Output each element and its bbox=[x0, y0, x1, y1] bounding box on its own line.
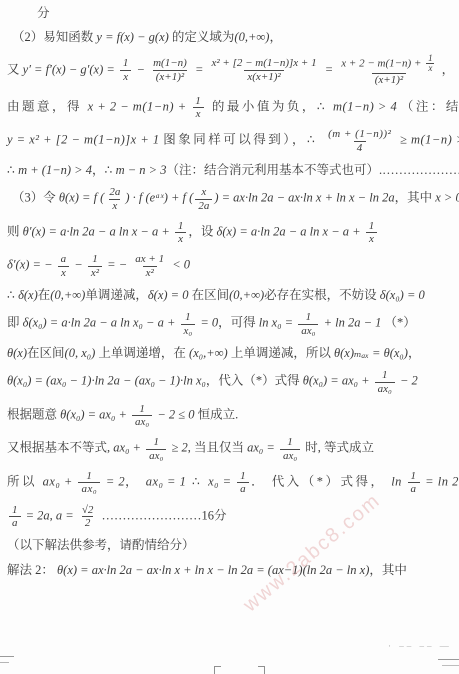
fraction: 1ax₀ bbox=[146, 436, 166, 462]
amgm-ineq: 又根据基本不等式, ax₀ + 1ax₀ ≥ 2, 当且仅当 ax₀ = 1ax… bbox=[7, 436, 457, 462]
scan-artifact-bracket-right bbox=[258, 666, 265, 674]
fraction: 1x bbox=[426, 54, 435, 74]
scan-artifact-left-bar2 bbox=[0, 662, 9, 663]
fraction: m(1−n)(x+1)² bbox=[150, 57, 190, 83]
theta-derivative: 则 θ′(x) = a·ln 2a − a ln x − a + 1x，设 δ(… bbox=[7, 220, 457, 246]
scan-artifact-right-bar bbox=[438, 659, 459, 660]
fraction: 1x bbox=[175, 220, 187, 246]
fraction: ax + 1x² bbox=[132, 253, 167, 279]
solve-x0: 所以 ax₀ + 1ax₀ = 2， ax₀ = 1 ∴ x₀ = 1a． 代入… bbox=[7, 470, 457, 496]
document-body: 分（2）易知函数 y = f(x) − g(x) 的定义域为(0,+∞)，又 y… bbox=[7, 5, 457, 578]
fraction: 1x² bbox=[88, 253, 102, 279]
fraction: 1ax₀ bbox=[78, 470, 100, 496]
fraction: 1x bbox=[120, 57, 132, 83]
step3-theta-def: （3）令 θ(x) = f (2ax) · f (eᵃˣ) + f (x2a) … bbox=[7, 186, 457, 212]
document-page: 分（2）易知函数 y = f(x) − g(x) 的定义域为(0,+∞)，又 y… bbox=[0, 0, 459, 674]
fraction: √22 bbox=[79, 504, 97, 530]
fraction: 1a bbox=[9, 504, 21, 530]
fraction: 2ax bbox=[106, 186, 123, 212]
final-answer-16pts: 1a = 2a, a = √22 ……………………16分 bbox=[7, 504, 457, 530]
fraction: 1x bbox=[366, 220, 378, 246]
delta-root-eq: 即 δ(x₀) = a·ln 2a − a ln x₀ − a + 1x₀ = … bbox=[7, 311, 457, 337]
conclusion-9pts: ∴ m + (1−n) > 4，∴ m − n > 3（注：结合消元利用基本不等… bbox=[7, 162, 457, 178]
note-graph: y = x² + [2 − m(1−n)]x + 1 图象同样可以得到），∴ (… bbox=[7, 128, 457, 154]
scan-artifact-left-bar bbox=[0, 656, 14, 657]
fraction: 1a bbox=[408, 470, 420, 496]
fraction: 1ax₀ bbox=[280, 436, 300, 462]
derivative-eq: 又 y′ = f′(x) − g′(x) = 1x − m(1−n)(x+1)²… bbox=[7, 54, 457, 87]
fraction: (m + (1−n))²4 bbox=[325, 128, 394, 154]
fraction: x² + [2 − m(1−n)]x + 1x(x+1)² bbox=[209, 57, 320, 83]
fraction: 1ax₀ bbox=[132, 403, 152, 429]
fraction: 1a bbox=[237, 470, 249, 496]
fraction: x2a bbox=[195, 186, 212, 212]
theta-x0-ineq: 根据题意 θ(x₀) = ax₀ + 1ax₀ − 2 ≤ 0 恒成立. bbox=[7, 403, 457, 429]
theta-x0-expr: θ(x₀) = (ax₀ − 1)·ln 2a − (ax₀ − 1)·ln x… bbox=[7, 369, 457, 395]
fraction: 1x₀ bbox=[181, 311, 196, 337]
scan-artifact-bracket-left bbox=[214, 666, 221, 674]
note-alt-solutions: （以下解法供参考，请酌情给分） bbox=[7, 537, 457, 553]
scan-artifact-right-bar2 bbox=[442, 665, 459, 666]
fraction: 1x bbox=[192, 95, 204, 121]
min-value-cond: 由题意，得 x + 2 − m(1−n) + 1x 的最小值为负，∴ m(1−n… bbox=[7, 95, 457, 121]
scan-artifact-dashes: · –– –– — bbox=[388, 641, 452, 653]
delta-derivative: δ′(x) = − ax − 1x² = − ax + 1x² < 0 bbox=[7, 253, 457, 279]
fraction: 1ax₀ bbox=[375, 369, 395, 395]
step2-domain: （2）易知函数 y = f(x) − g(x) 的定义域为(0,+∞)， bbox=[7, 29, 457, 45]
solution2-line: 解法 2： θ(x) = ax·ln 2a − ax·ln x + ln x −… bbox=[7, 562, 457, 578]
fraction: x + 2 − m(1−n) + 1x(x+1)² bbox=[338, 54, 439, 87]
fraction: ax bbox=[58, 253, 70, 279]
theta-monotonic: θ(x)在区间(0, x₀) 上单调递增，在 (x₀,+∞) 上单调递减，所以 … bbox=[7, 345, 457, 361]
fraction: 1ax₀ bbox=[298, 311, 318, 337]
delta-monotonic: ∴ δ(x)在(0,+∞)单调递减，δ(x) = 0 在区间(0,+∞)必存在实… bbox=[7, 287, 457, 303]
score-suffix: 分 bbox=[7, 5, 457, 21]
